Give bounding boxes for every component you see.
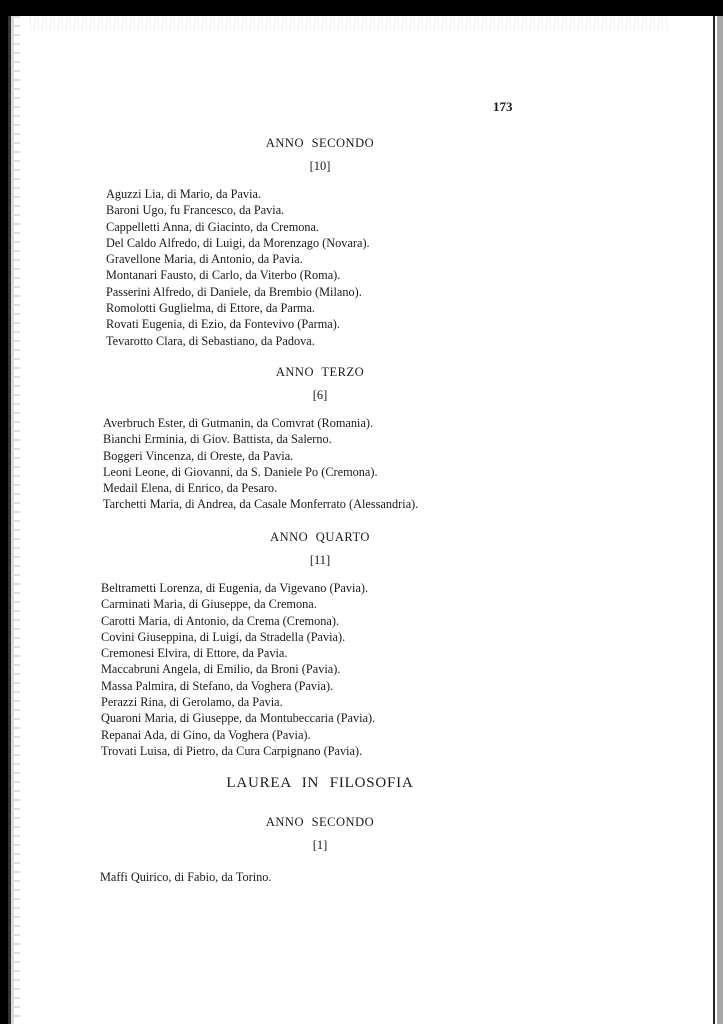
section-heading-anno-secondo: ANNO SECONDO bbox=[0, 136, 640, 151]
list-item: Tevarotto Clara, di Sebastiano, da Padov… bbox=[106, 333, 370, 349]
list-item: Trovati Luisa, di Pietro, da Cura Carpig… bbox=[101, 743, 375, 759]
list-item: Romolotti Guglielma, di Ettore, da Parma… bbox=[106, 300, 370, 316]
list-item: Medail Elena, di Enrico, da Pesaro. bbox=[103, 480, 418, 496]
list-item: Perazzi Rina, di Gerolamo, da Pavia. bbox=[101, 694, 375, 710]
section-heading-filosofia-anno-secondo: ANNO SECONDO bbox=[0, 815, 640, 830]
list-item: Bianchi Erminia, di Giov. Battista, da S… bbox=[103, 431, 418, 447]
list-item: Rovati Eugenia, di Ezio, da Fontevivo (P… bbox=[106, 316, 370, 332]
list-item: Baroni Ugo, fu Francesco, da Pavia. bbox=[106, 202, 370, 218]
list-item: Tarchetti Maria, di Andrea, da Casale Mo… bbox=[103, 496, 418, 512]
list-item: Carotti Maria, di Antonio, da Crema (Cre… bbox=[101, 613, 375, 629]
page-number: 173 bbox=[493, 99, 513, 115]
list-item: Covini Giuseppina, di Luigi, da Stradell… bbox=[101, 629, 375, 645]
section-count: [1] bbox=[0, 838, 640, 853]
list-item: Boggeri Vincenza, di Oreste, da Pavia. bbox=[103, 448, 418, 464]
section-count: [10] bbox=[0, 159, 640, 174]
list-item: Cremonesi Elvira, di Ettore, da Pavia. bbox=[101, 645, 375, 661]
list-item: Massa Palmira, di Stefano, da Voghera (P… bbox=[101, 678, 375, 694]
list-item: Montanari Fausto, di Carlo, da Viterbo (… bbox=[106, 267, 370, 283]
document-page: 173 ANNO SECONDO [10] Aguzzi Lia, di Mar… bbox=[0, 0, 723, 1024]
student-list-anno-secondo: Aguzzi Lia, di Mario, da Pavia. Baroni U… bbox=[106, 186, 370, 349]
list-item: Del Caldo Alfredo, di Luigi, da Morenzag… bbox=[106, 235, 370, 251]
list-item: Passerini Alfredo, di Daniele, da Brembi… bbox=[106, 284, 370, 300]
faculty-title: LAUREA IN FILOSOFIA bbox=[0, 775, 640, 792]
list-item: Repanai Ada, di Gino, da Voghera (Pavia)… bbox=[101, 727, 375, 743]
section-heading-anno-terzo: ANNO TERZO bbox=[0, 365, 640, 380]
list-item: Beltrametti Lorenza, di Eugenia, da Vige… bbox=[101, 580, 375, 596]
list-item: Cappelletti Anna, di Giacinto, da Cremon… bbox=[106, 219, 370, 235]
student-list-filosofia: Maffi Quirico, di Fabio, da Torino. bbox=[100, 869, 272, 885]
section-count: [11] bbox=[0, 553, 640, 568]
section-count: [6] bbox=[0, 388, 640, 403]
list-item: Aguzzi Lia, di Mario, da Pavia. bbox=[106, 186, 370, 202]
student-list-anno-terzo: Averbruch Ester, di Gutmanin, da Comvrat… bbox=[103, 415, 418, 513]
student-list-anno-quarto: Beltrametti Lorenza, di Eugenia, da Vige… bbox=[101, 580, 375, 759]
list-item: Gravellone Maria, di Antonio, da Pavia. bbox=[106, 251, 370, 267]
list-item: Maccabruni Angela, di Emilio, da Broni (… bbox=[101, 661, 375, 677]
list-item: Maffi Quirico, di Fabio, da Torino. bbox=[100, 869, 272, 885]
list-item: Carminati Maria, di Giuseppe, da Cremona… bbox=[101, 596, 375, 612]
section-heading-anno-quarto: ANNO QUARTO bbox=[0, 530, 640, 545]
list-item: Leoni Leone, di Giovanni, da S. Daniele … bbox=[103, 464, 418, 480]
list-item: Averbruch Ester, di Gutmanin, da Comvrat… bbox=[103, 415, 418, 431]
list-item: Quaroni Maria, di Giuseppe, da Montubecc… bbox=[101, 710, 375, 726]
